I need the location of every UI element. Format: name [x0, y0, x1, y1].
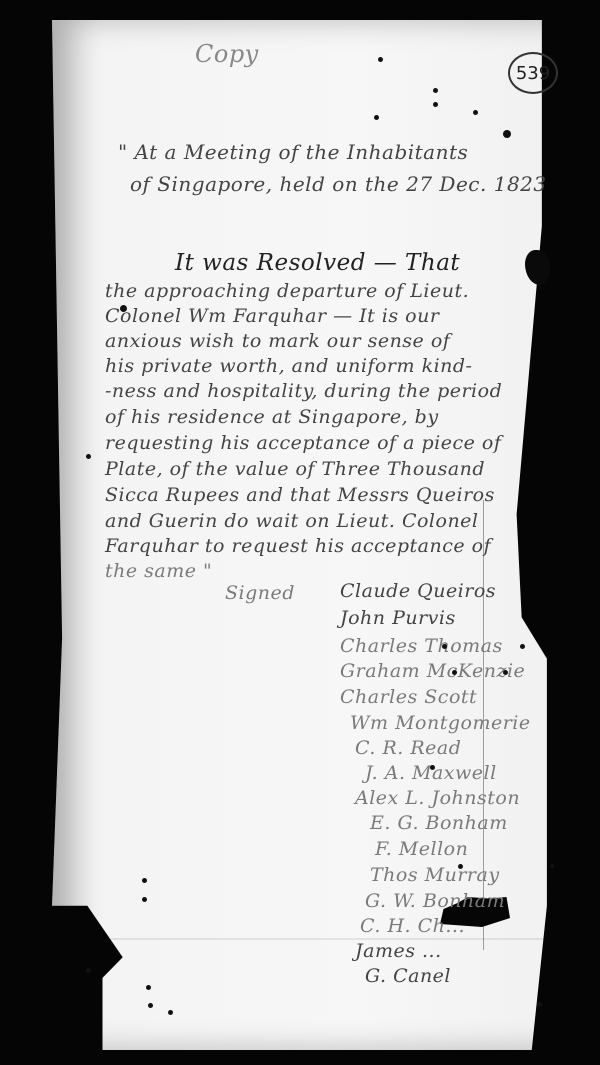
ink-spot: [86, 968, 91, 973]
page-number-stamp: 539: [508, 52, 558, 94]
ink-spot: [452, 670, 457, 675]
body-line: -ness and hospitality, during the period: [105, 380, 502, 402]
signatory: Wm Montgomerie: [350, 712, 531, 734]
body-line: requesting his acceptance of a piece of: [105, 432, 501, 454]
ink-spot: [142, 897, 147, 902]
ink-spot: [146, 985, 151, 990]
heading-line-2: of Singapore, held on the 27 Dec. 1823: [130, 172, 547, 196]
ink-spot: [503, 670, 508, 675]
ink-spot: [86, 454, 91, 459]
signatory: G. Canel: [365, 965, 451, 987]
signatory: F. Mellon: [375, 838, 468, 860]
signatory: John Purvis: [340, 607, 456, 629]
signatory: C. H. Ch...: [360, 915, 465, 937]
resolution-heading: It was Resolved — That: [175, 250, 460, 276]
signatory: E. G. Bonham: [370, 812, 508, 834]
signatory: Charles Scott: [340, 686, 477, 708]
body-line: anxious wish to mark our sense of: [105, 330, 450, 352]
ink-spot: [142, 878, 147, 883]
body-line: the same ": [105, 560, 212, 582]
ink-spot: [442, 644, 447, 649]
ink-spot: [550, 864, 554, 868]
body-line: of his residence at Singapore, by: [105, 406, 439, 428]
signed-label: Signed: [225, 582, 295, 604]
ink-spot: [120, 305, 127, 312]
ink-spot: [433, 88, 438, 93]
copy-mark: Copy: [195, 40, 259, 68]
signatory: Thos Murray: [370, 864, 500, 886]
ink-spot: [168, 1010, 173, 1015]
body-line: Sicca Rupees and that Messrs Queiros: [105, 484, 495, 506]
signatory: C. R. Read: [355, 737, 461, 759]
ink-spot: [378, 57, 383, 62]
body-line: his private worth, and uniform kind-: [105, 355, 472, 377]
signatory: Alex L. Johnston: [355, 787, 520, 809]
ink-spot: [537, 1002, 542, 1007]
body-line: the approaching departure of Lieut.: [105, 280, 469, 302]
signatory: James ...: [355, 940, 442, 962]
ink-spot: [148, 1003, 153, 1008]
body-line: Plate, of the value of Three Thousand: [105, 458, 485, 480]
ink-spot: [473, 110, 478, 115]
ink-spot: [374, 115, 379, 120]
ink-spot: [458, 864, 463, 869]
body-line: Farquhar to request his acceptance of: [105, 535, 491, 557]
signatory: Claude Queiros: [340, 580, 496, 602]
page-fold-horizontal: [60, 938, 560, 940]
signatory: Charles Thomas: [340, 635, 503, 657]
signatory: Graham McKenzie: [340, 660, 525, 682]
ink-spot: [430, 765, 435, 770]
ink-spot: [520, 644, 525, 649]
ink-spot: [433, 102, 438, 107]
ink-spot: [503, 130, 511, 138]
body-line: and Guerin do wait on Lieut. Colonel: [105, 510, 479, 532]
signatory: G. W. Bonham: [365, 890, 505, 912]
body-line: Colonel Wm Farquhar — It is our: [105, 305, 439, 327]
heading-line-1: " At a Meeting of the Inhabitants: [118, 140, 468, 164]
